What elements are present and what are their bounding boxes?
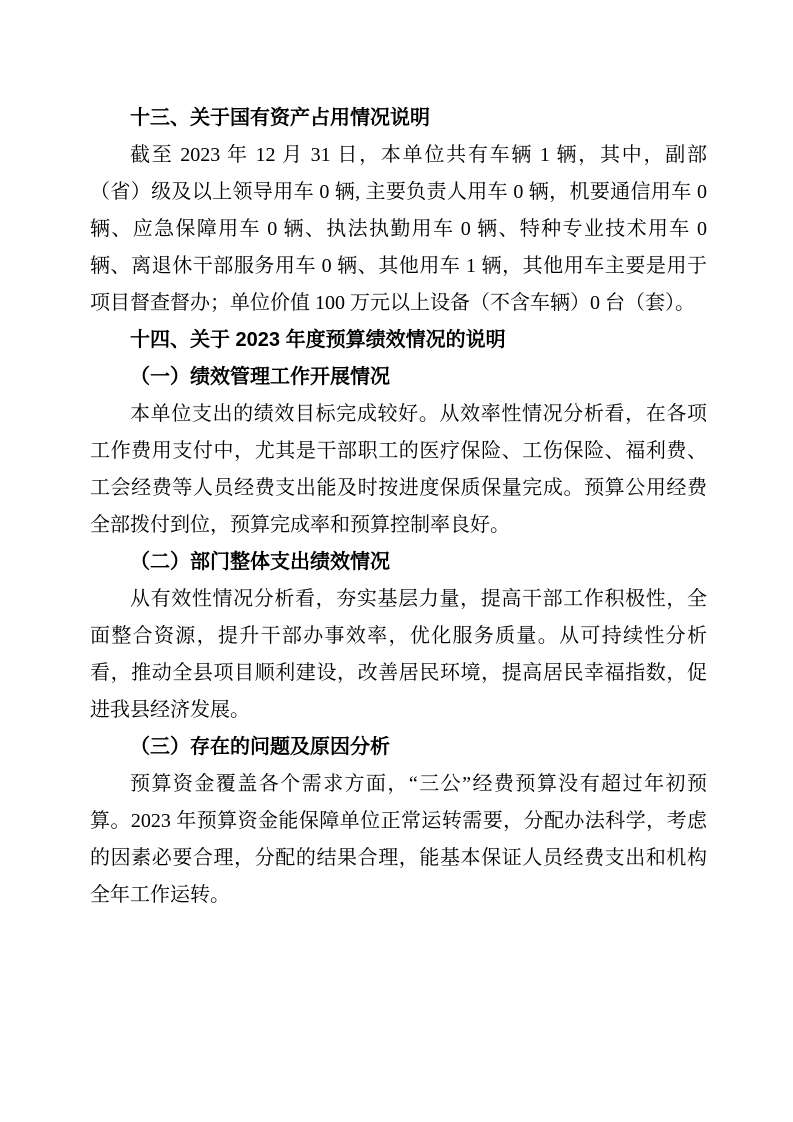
- subheading-problems-analysis: （三）存在的问题及原因分析: [90, 729, 707, 766]
- section-heading-13: 十三、关于国有资产占用情况说明: [90, 100, 707, 137]
- subheading-overall-expenditure: （二）部门整体支出绩效情况: [90, 544, 707, 581]
- section-heading-14: 十四、关于 2023 年度预算绩效情况的说明: [90, 322, 707, 359]
- paragraph-overall-expenditure: 从有效性情况分析看，夯实基层力量，提高干部工作积极性，全面整合资源，提升干部办事…: [90, 581, 707, 729]
- paragraph-performance-management: 本单位支出的绩效目标完成较好。从效率性情况分析看，在各项工作费用支付中，尤其是干…: [90, 396, 707, 544]
- paragraph-problems-analysis: 预算资金覆盖各个需求方面，“三公”经费预算没有超过年初预算。2023 年预算资金…: [90, 766, 707, 914]
- paragraph-asset-usage: 截至 2023 年 12 月 31 日，本单位共有车辆 1 辆，其中，副部（省）…: [90, 137, 707, 322]
- document-page: 十三、关于国有资产占用情况说明 截至 2023 年 12 月 31 日，本单位共…: [0, 0, 793, 1122]
- subheading-performance-management: （一）绩效管理工作开展情况: [90, 359, 707, 396]
